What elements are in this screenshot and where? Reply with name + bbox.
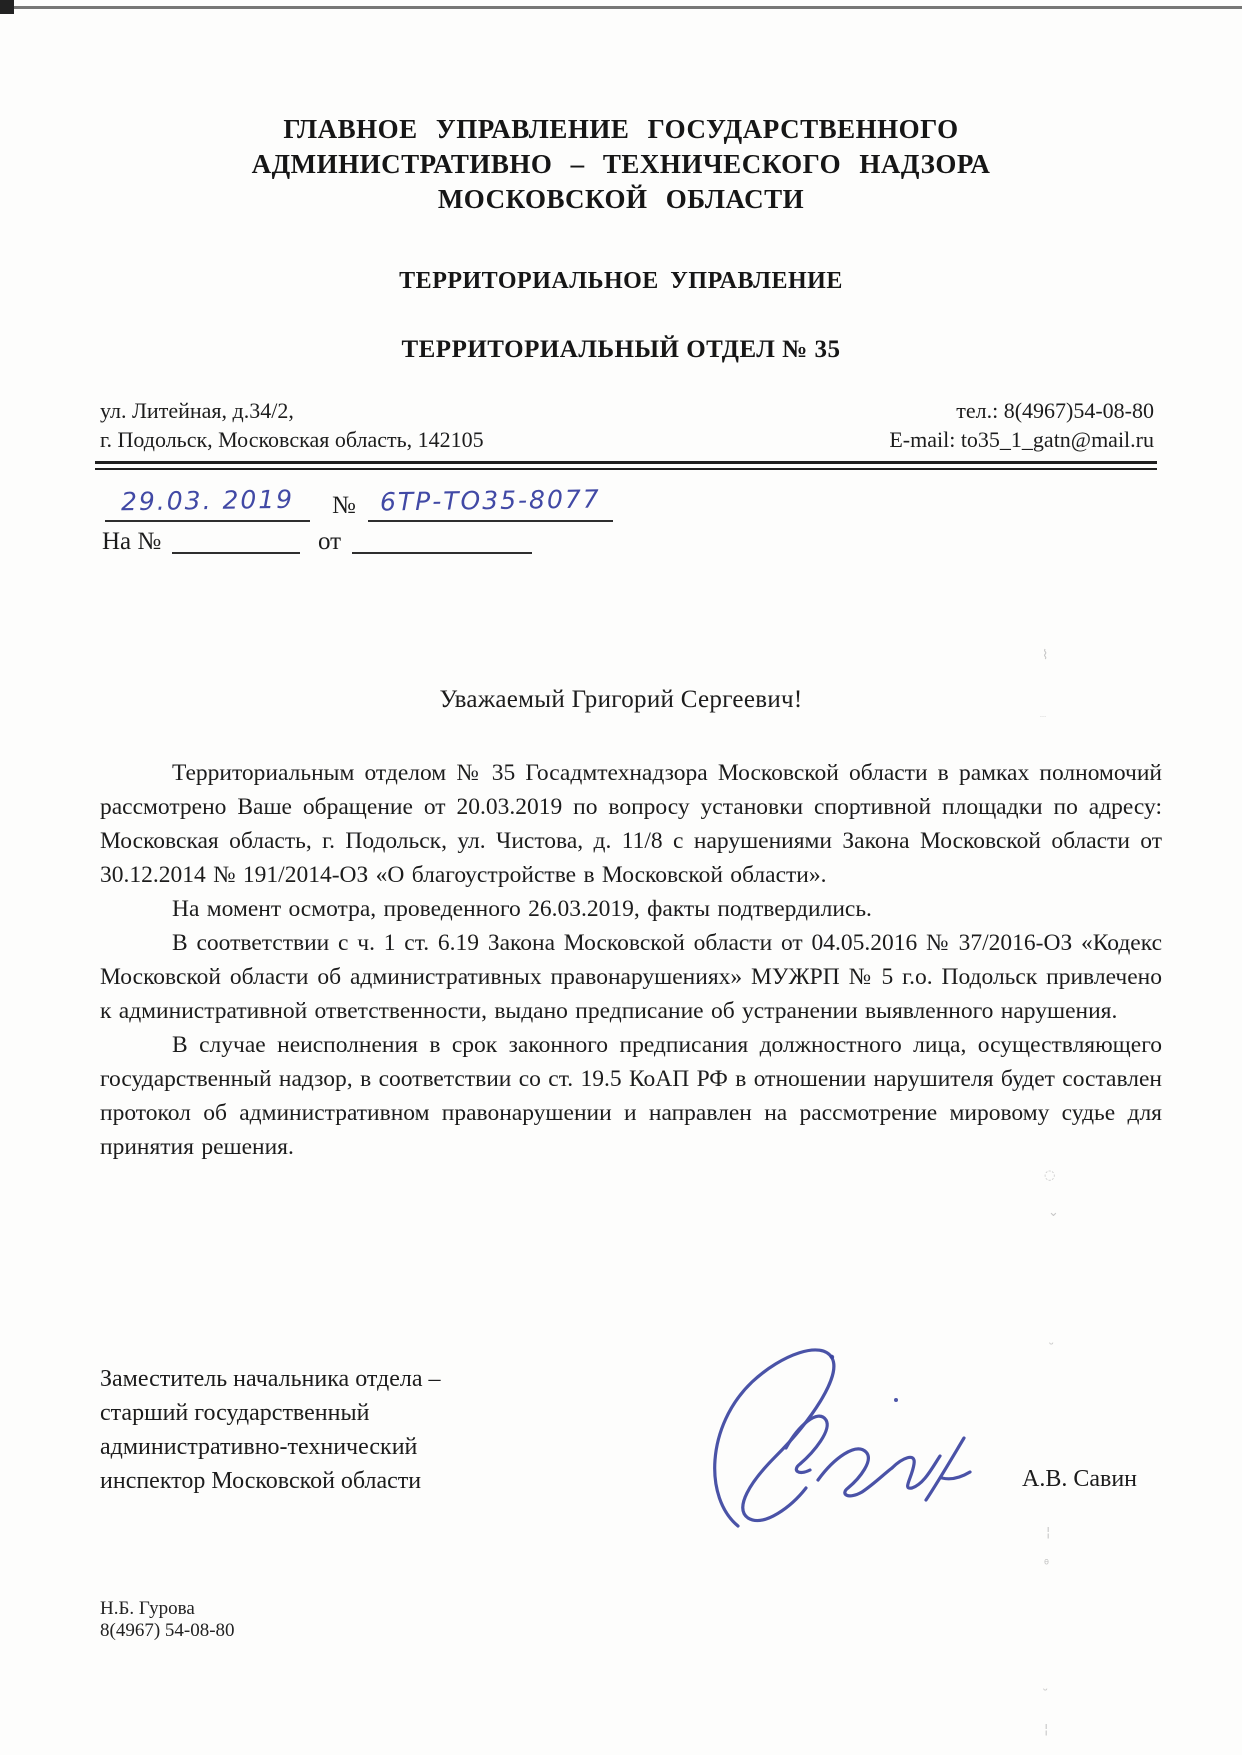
signer-name: А.В. Савин [1022,1466,1137,1493]
reply-number-blank [172,528,300,554]
signer-position-line3: административно-технический [100,1430,520,1464]
phone-line: тел.: 8(4967)54-08-80 [889,396,1154,425]
letter-body: Территориальным отделом № 35 Госадмтехна… [100,756,1162,1164]
signer-position-line2: старший государственный [100,1396,520,1430]
org-name-line1: ГЛАВНОЕ УПРАВЛЕНИЕ ГОСУДАРСТВЕННОГО [0,112,1242,147]
executor-info: Н.Б. Гурова 8(4967) 54-08-80 [100,1598,235,1642]
signer-position-line4: инспектор Московской области [100,1464,520,1498]
outgoing-date-field: 29.03. 2019 [105,486,310,522]
handwritten-number: 6ТР-ТО35-8077 [380,484,601,516]
org-name-line3: МОСКОВСКОЙ ОБЛАСТИ [0,182,1242,217]
scan-artifact: ﹉ [1038,712,1048,727]
scan-artifact: ◌ [1044,1168,1055,1183]
body-paragraph-1: Территориальным отделом № 35 Госадмтехна… [100,756,1162,892]
letterhead-divider [95,461,1157,470]
body-paragraph-4: В случае неисполнения в срок законного п… [100,1028,1162,1164]
scan-artifact: ¦ [1044,1722,1048,1737]
body-paragraph-3: В соответствии с ч. 1 ст. 6.19 Закона Мо… [100,926,1162,1028]
scanned-letter-page: ⌇ ﹉ ◌ ⌄ ˘ ¦ ᶿ ˘ ¦ ГЛАВНОЕ УПРАВЛЕНИЕ ГОС… [0,0,1242,1755]
org-name-line2: АДМИНИСТРАТИВНО – ТЕХНИЧЕСКОГО НАДЗОРА [0,147,1242,182]
department-title: ТЕРРИТОРИАЛЬНЫЙ ОТДЕЛ № 35 [0,336,1242,364]
scan-artifact: ⌇ [1042,648,1048,663]
address-line2: г. Подольск, Московская область, 142105 [100,425,484,454]
scan-artifact: ˘ [1048,1342,1055,1357]
sender-address: ул. Литейная, д.34/2, г. Подольск, Моско… [100,396,484,454]
handwritten-date: 29.03. 2019 [121,485,294,516]
reply-to-label: На № [102,528,161,556]
email-line: E-mail: to35_1_gatn@mail.ru [889,425,1154,454]
executor-phone: 8(4967) 54-08-80 [100,1620,235,1642]
signer-position-line1: Заместитель начальника отдела – [100,1362,520,1396]
scan-artifact: ¦ [1046,1525,1050,1540]
number-sign-label: № [332,492,356,520]
sender-contacts: тел.: 8(4967)54-08-80 E-mail: to35_1_gat… [889,396,1154,454]
salutation: Уважаемый Григорий Сергеевич! [0,686,1242,714]
executor-name: Н.Б. Гурова [100,1598,235,1620]
body-paragraph-2: На момент осмотра, проведенного 26.03.20… [100,892,1162,926]
address-line1: ул. Литейная, д.34/2, [100,396,484,425]
scan-artifact: ˘ [1042,1688,1049,1703]
scan-artifact: ᶿ [1044,1558,1049,1573]
division-title: ТЕРРИТОРИАЛЬНОЕ УПРАВЛЕНИЕ [0,268,1242,295]
organization-name: ГЛАВНОЕ УПРАВЛЕНИЕ ГОСУДАРСТВЕННОГО АДМИ… [0,112,1242,217]
reply-date-blank [352,528,532,554]
handwritten-signature [690,1330,990,1550]
scan-edge-line [0,6,1242,9]
scan-corner-mark [0,0,14,14]
outgoing-number-field: 6ТР-ТО35-8077 [368,486,613,522]
reference-row: 29.03. 2019 № 6ТР-ТО35-8077 На № от [100,486,700,556]
signer-position: Заместитель начальника отдела – старший … [100,1362,520,1498]
reply-from-label: от [318,528,341,556]
scan-artifact: ⌄ [1048,1205,1059,1220]
